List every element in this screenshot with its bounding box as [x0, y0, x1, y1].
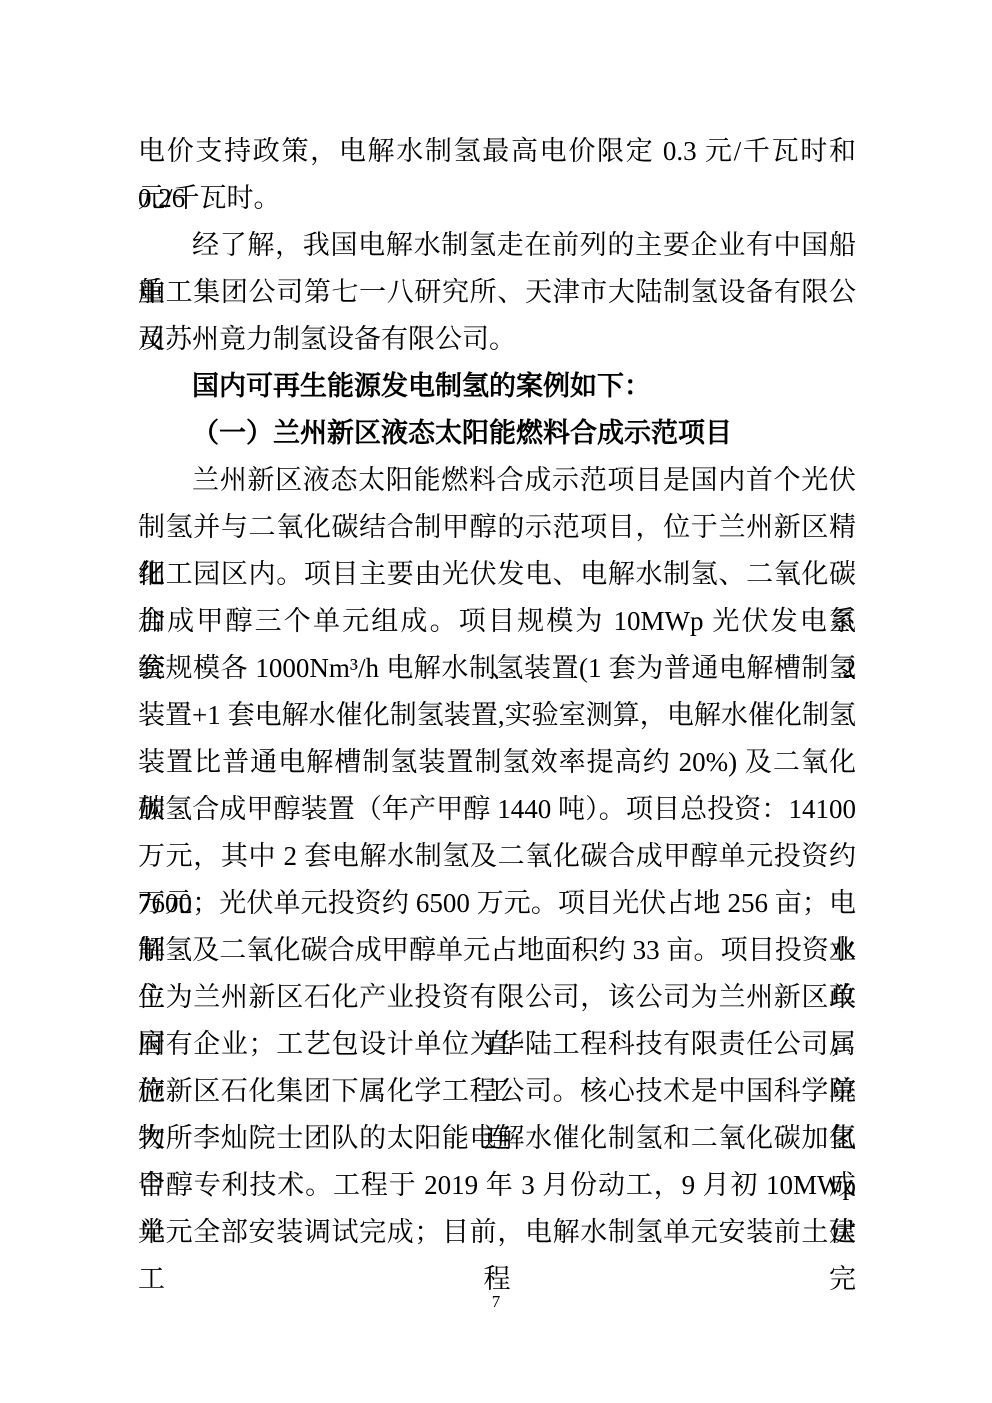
text-line: 国有企业；工艺包设计单位为华陆工程科技有限责任公司；施工单 [138, 1021, 856, 1068]
text-line: 化工园区内。项目主要由光伏发电、电解水制氢、二氧化碳加氢 [138, 551, 856, 598]
text-line: 元/千瓦时。 [138, 175, 856, 222]
heading-lanzhou-project: （一）兰州新区液态太阳能燃料合成示范项目 [138, 410, 856, 457]
paragraph-leading-companies: 经了解，我国电解水制氢走在前列的主要企业有中国船舶 重工集团公司第七一八研究所、… [138, 222, 856, 363]
text-line: 位新区石化集团下属化学工程公司。核心技术是中国科学院大连化 [138, 1068, 856, 1115]
text-line: 经了解，我国电解水制氢走在前列的主要企业有中国船舶 [138, 222, 856, 269]
text-line: 装置+1 套电解水催化制氢装置,实验室测算，电解水催化制氢 [138, 692, 856, 739]
page-number: 7 [0, 1291, 992, 1313]
text-line: 制氢及二氧化碳合成甲醇单元占地面积约 33 亩。项目投资业主单 [138, 927, 856, 974]
text-line: 兰州新区液态太阳能燃料合成示范项目是国内首个光伏 [138, 457, 856, 504]
document-body: 电价支持政策，电解水制氢最高电价限定 0.3 元/千瓦时和 0.26 元/千瓦时… [138, 128, 856, 1256]
text-line: 重工集团公司第七一八研究所、天津市大陆制氢设备有限公司 [138, 269, 856, 316]
text-line: 加氢合成甲醇装置（年产甲醇 1440 吨）。项目总投资：14100 [138, 786, 856, 833]
heading-line: （一）兰州新区液态太阳能燃料合成示范项目 [138, 410, 856, 457]
text-line: 万元；光伏单元投资约 6500 万元。项目光伏占地 256 亩；电解水 [138, 880, 856, 927]
text-line: 单元全部安装调试完成；目前，电解水制氢单元安装前土建工程完 [138, 1209, 856, 1256]
text-line: 及苏州竟力制氢设备有限公司。 [138, 316, 856, 363]
paragraph-lanzhou-project-details: 兰州新区液态太阳能燃料合成示范项目是国内首个光伏 制氢并与二氧化碳结合制甲醇的示… [138, 457, 856, 1256]
heading-domestic-cases: 国内可再生能源发电制氢的案例如下： [138, 363, 856, 410]
document-page: 电价支持政策，电解水制氢最高电价限定 0.3 元/千瓦时和 0.26 元/千瓦时… [0, 0, 992, 1403]
paragraph-electricity-price: 电价支持政策，电解水制氢最高电价限定 0.3 元/千瓦时和 0.26 元/千瓦时… [138, 128, 856, 222]
text-line: 装置比普通电解槽制氢装置制氢效率提高约 20%) 及二氧化碳 [138, 739, 856, 786]
text-line: 万元，其中 2 套电解水制氢及二氧化碳合成甲醇单元投资约 7600 [138, 833, 856, 880]
text-line: 甲醇专利技术。工程于 2019 年 3 月份动工，9 月初 10MWp 光伏 [138, 1162, 856, 1209]
text-line: 套规模各 1000Nm³/h 电解水制氢装置(1 套为普通电解槽制氢 [138, 645, 856, 692]
text-line: 制氢并与二氧化碳结合制甲醇的示范项目，位于兰州新区精细 [138, 504, 856, 551]
text-line: 物所李灿院士团队的太阳能电解水催化制氢和二氧化碳加氢合成 [138, 1115, 856, 1162]
text-line: 合成甲醇三个单元组成。项目规模为 10MWp 光伏发电系统、2 [138, 598, 856, 645]
text-line: 位为兰州新区石化产业投资有限公司，该公司为兰州新区政府直属 [138, 974, 856, 1021]
heading-line: 国内可再生能源发电制氢的案例如下： [138, 363, 856, 410]
text-line: 电价支持政策，电解水制氢最高电价限定 0.3 元/千瓦时和 0.26 [138, 128, 856, 175]
